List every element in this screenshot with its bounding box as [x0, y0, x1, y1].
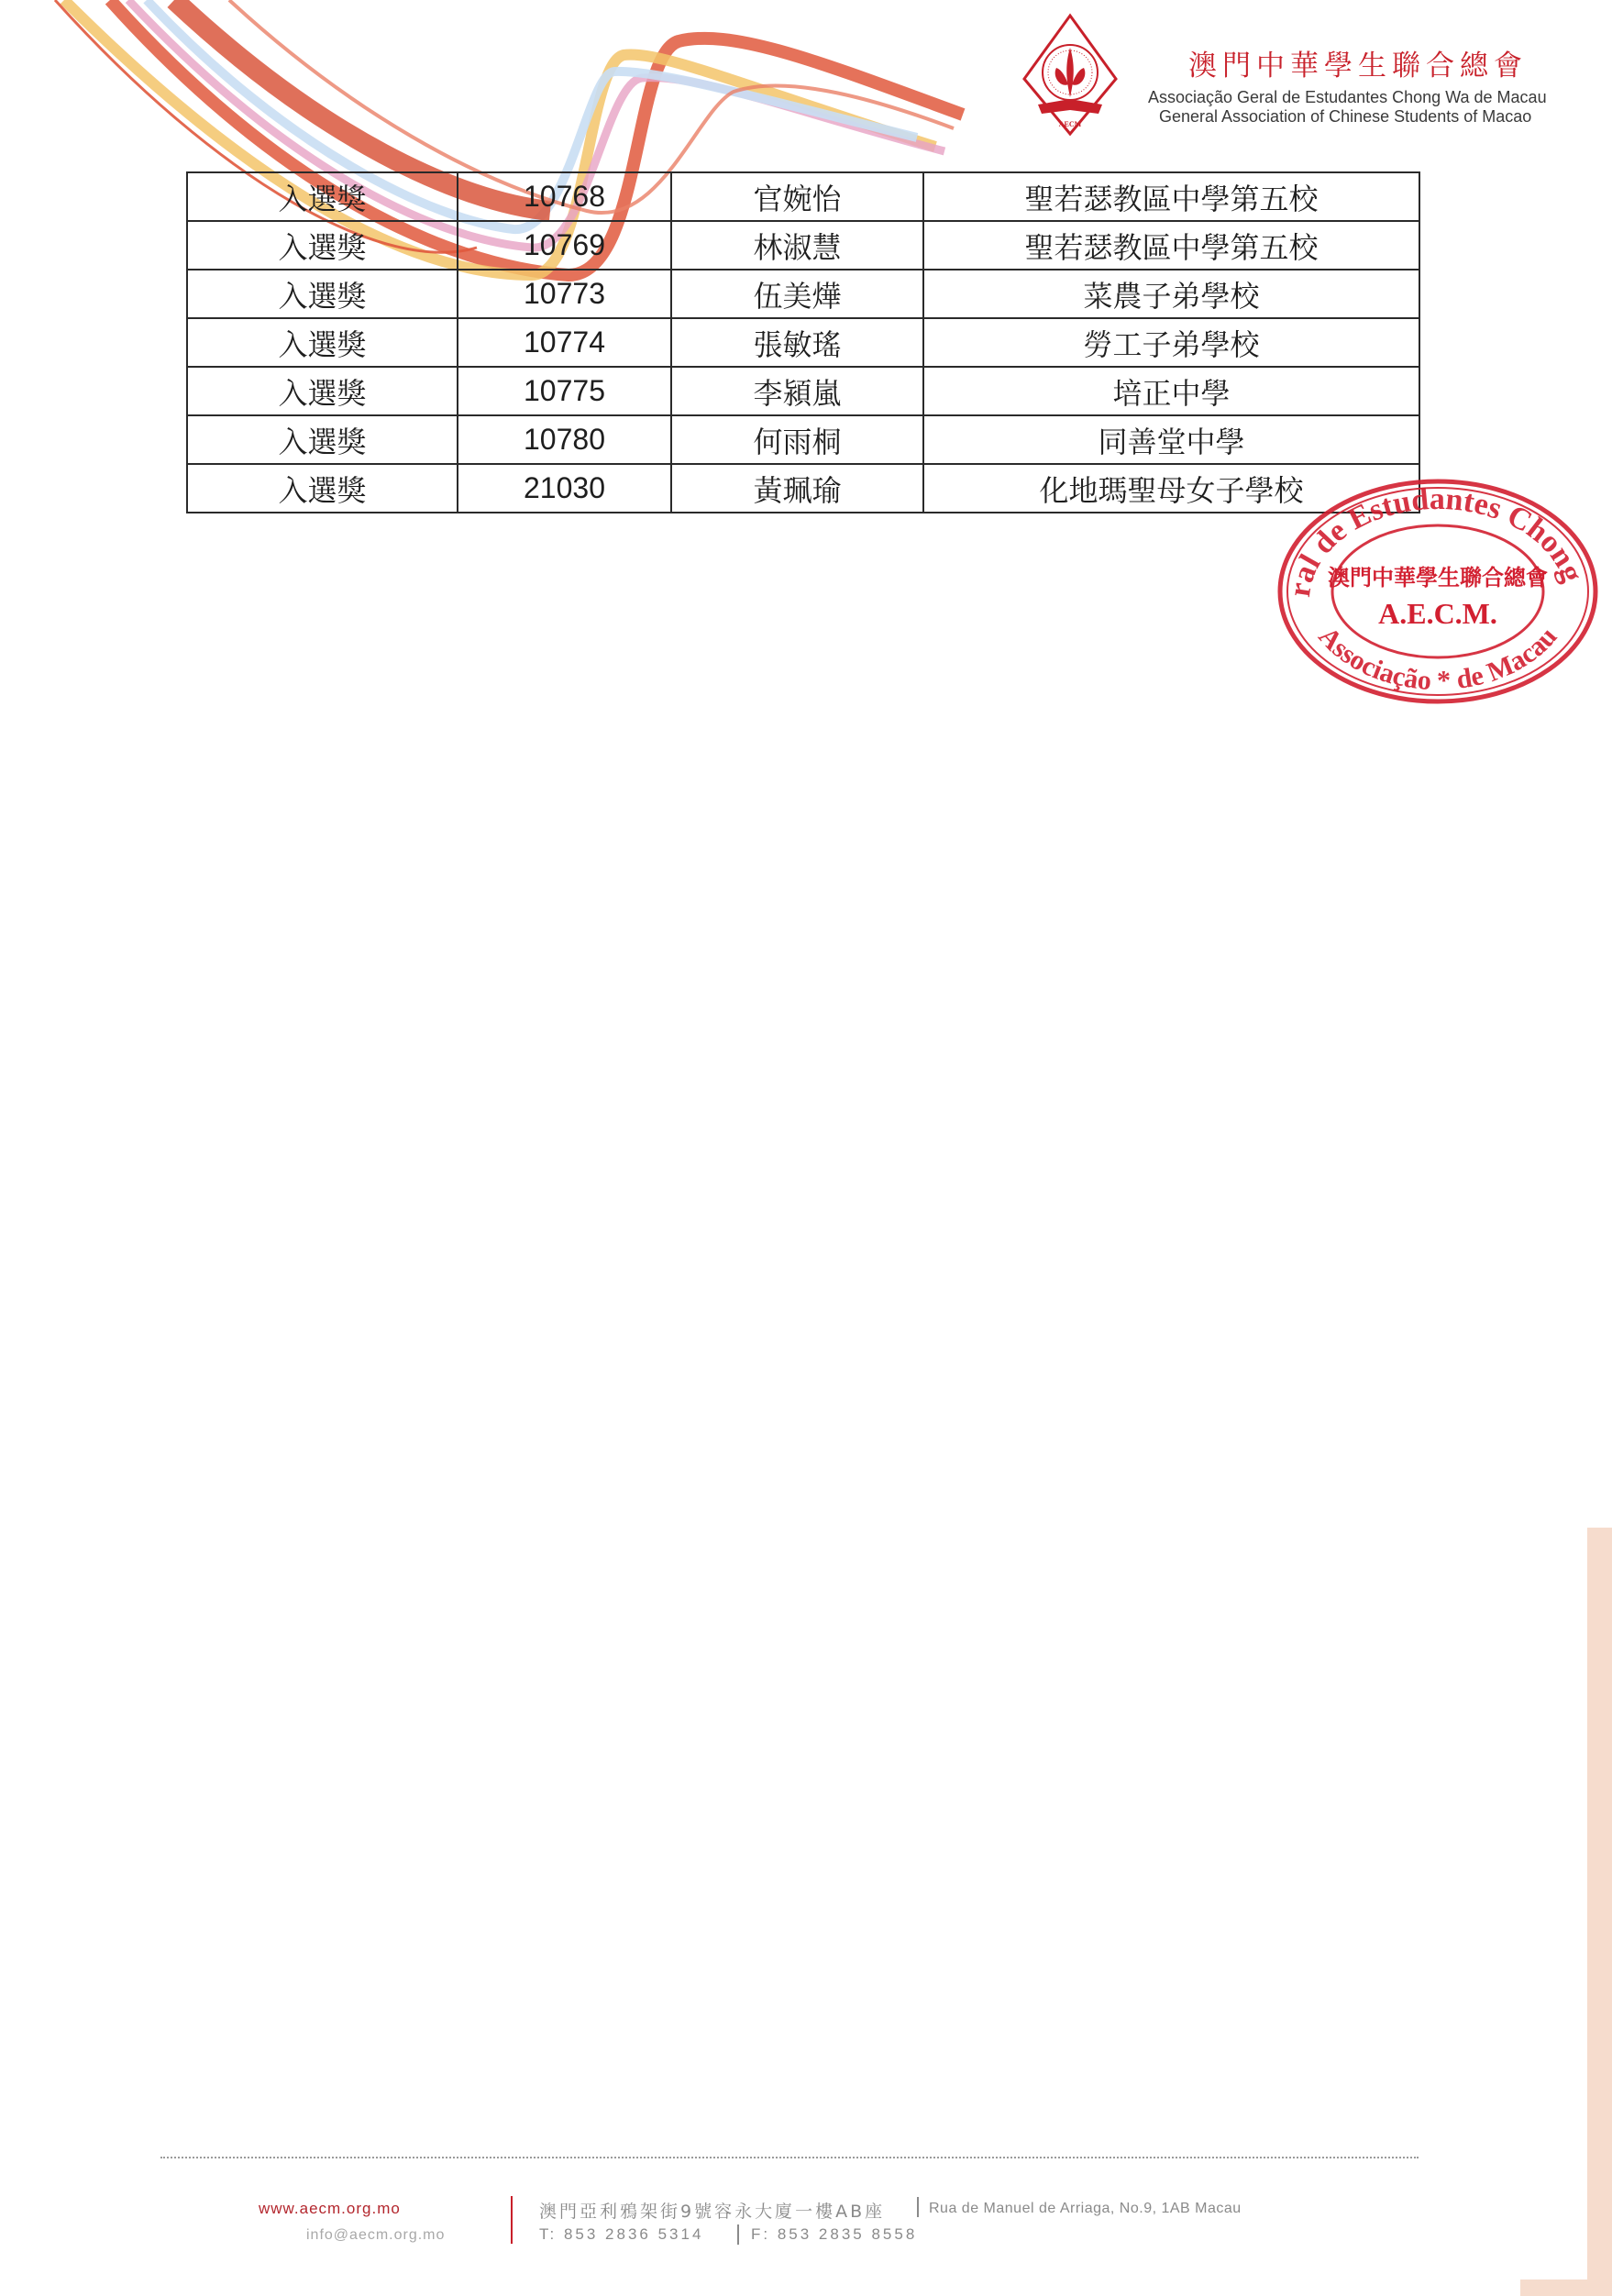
footer-telephone: T: 853 2836 5314 [539, 2225, 703, 2244]
org-name-english: General Association of Chinese Students … [1159, 107, 1531, 127]
award-cell: 入選獎 [187, 415, 458, 464]
table-row: 入選獎10769林淑慧聖若瑟教區中學第五校 [187, 221, 1419, 270]
student-name-cell: 伍美燁 [671, 270, 923, 318]
student-name-cell: 黃珮瑜 [671, 464, 923, 513]
footer-website-link[interactable]: www.aecm.org.mo [259, 2200, 401, 2218]
table-row: 入選獎10773伍美燁菜農子弟學校 [187, 270, 1419, 318]
footer-email-link[interactable]: info@aecm.org.mo [306, 2227, 445, 2244]
entry-number-cell: 10774 [458, 318, 671, 367]
footer-vertical-divider [511, 2196, 513, 2244]
school-name-cell: 勞工子弟學校 [923, 318, 1419, 367]
decorative-side-bar [1587, 1528, 1612, 2296]
student-name-cell: 何雨桐 [671, 415, 923, 464]
award-cell: 入選獎 [187, 270, 458, 318]
official-seal-stamp: Geral de Estudantes Chong Wa Associação … [1264, 468, 1612, 711]
entry-number-cell: 10773 [458, 270, 671, 318]
decorative-side-bar-foot [1520, 2279, 1612, 2296]
award-cell: 入選獎 [187, 464, 458, 513]
footer-address-chinese: 澳門亞利鴉架街9號容永大廈一樓AB座 [539, 2198, 885, 2223]
svg-text:AECM: AECM [1059, 120, 1082, 128]
footer-fax: F: 853 2835 8558 [751, 2225, 917, 2244]
award-cell: 入選獎 [187, 221, 458, 270]
footer-separator [917, 2197, 919, 2217]
student-name-cell: 官婉怡 [671, 172, 923, 221]
svg-text:澳門中華學生聯合總會: 澳門中華學生聯合總會 [1328, 565, 1548, 591]
footer-separator [737, 2224, 739, 2245]
table-row: 入選獎21030黃珮瑜化地瑪聖母女子學校 [187, 464, 1419, 513]
org-name-chinese: 澳門中華學生聯合總會 [1188, 42, 1528, 83]
footer-divider [160, 2157, 1419, 2158]
table-row: 入選獎10768官婉怡聖若瑟教區中學第五校 [187, 172, 1419, 221]
school-name-cell: 聖若瑟教區中學第五校 [923, 172, 1419, 221]
school-name-cell: 菜農子弟學校 [923, 270, 1419, 318]
award-cell: 入選獎 [187, 367, 458, 415]
entry-number-cell: 21030 [458, 464, 671, 513]
school-name-cell: 培正中學 [923, 367, 1419, 415]
svg-text:A.E.C.M.: A.E.C.M. [1378, 597, 1497, 630]
entry-number-cell: 10780 [458, 415, 671, 464]
table-row: 入選獎10780何雨桐同善堂中學 [187, 415, 1419, 464]
table-row: 入選獎10774張敏瑤勞工子弟學校 [187, 318, 1419, 367]
school-name-cell: 同善堂中學 [923, 415, 1419, 464]
aecm-logo-icon: AECM [1020, 13, 1121, 137]
entry-number-cell: 10769 [458, 221, 671, 270]
student-name-cell: 張敏瑤 [671, 318, 923, 367]
entry-number-cell: 10775 [458, 367, 671, 415]
student-name-cell: 李潁嵐 [671, 367, 923, 415]
entry-number-cell: 10768 [458, 172, 671, 221]
student-name-cell: 林淑慧 [671, 221, 923, 270]
award-cell: 入選獎 [187, 172, 458, 221]
school-name-cell: 聖若瑟教區中學第五校 [923, 221, 1419, 270]
footer-address-portuguese: Rua de Manuel de Arriaga, No.9, 1AB Maca… [929, 2201, 1242, 2217]
table-row: 入選獎10775李潁嵐培正中學 [187, 367, 1419, 415]
awards-table: 入選獎10768官婉怡聖若瑟教區中學第五校入選獎10769林淑慧聖若瑟教區中學第… [186, 171, 1420, 513]
award-cell: 入選獎 [187, 318, 458, 367]
org-name-portuguese: Associação Geral de Estudantes Chong Wa … [1148, 88, 1547, 107]
